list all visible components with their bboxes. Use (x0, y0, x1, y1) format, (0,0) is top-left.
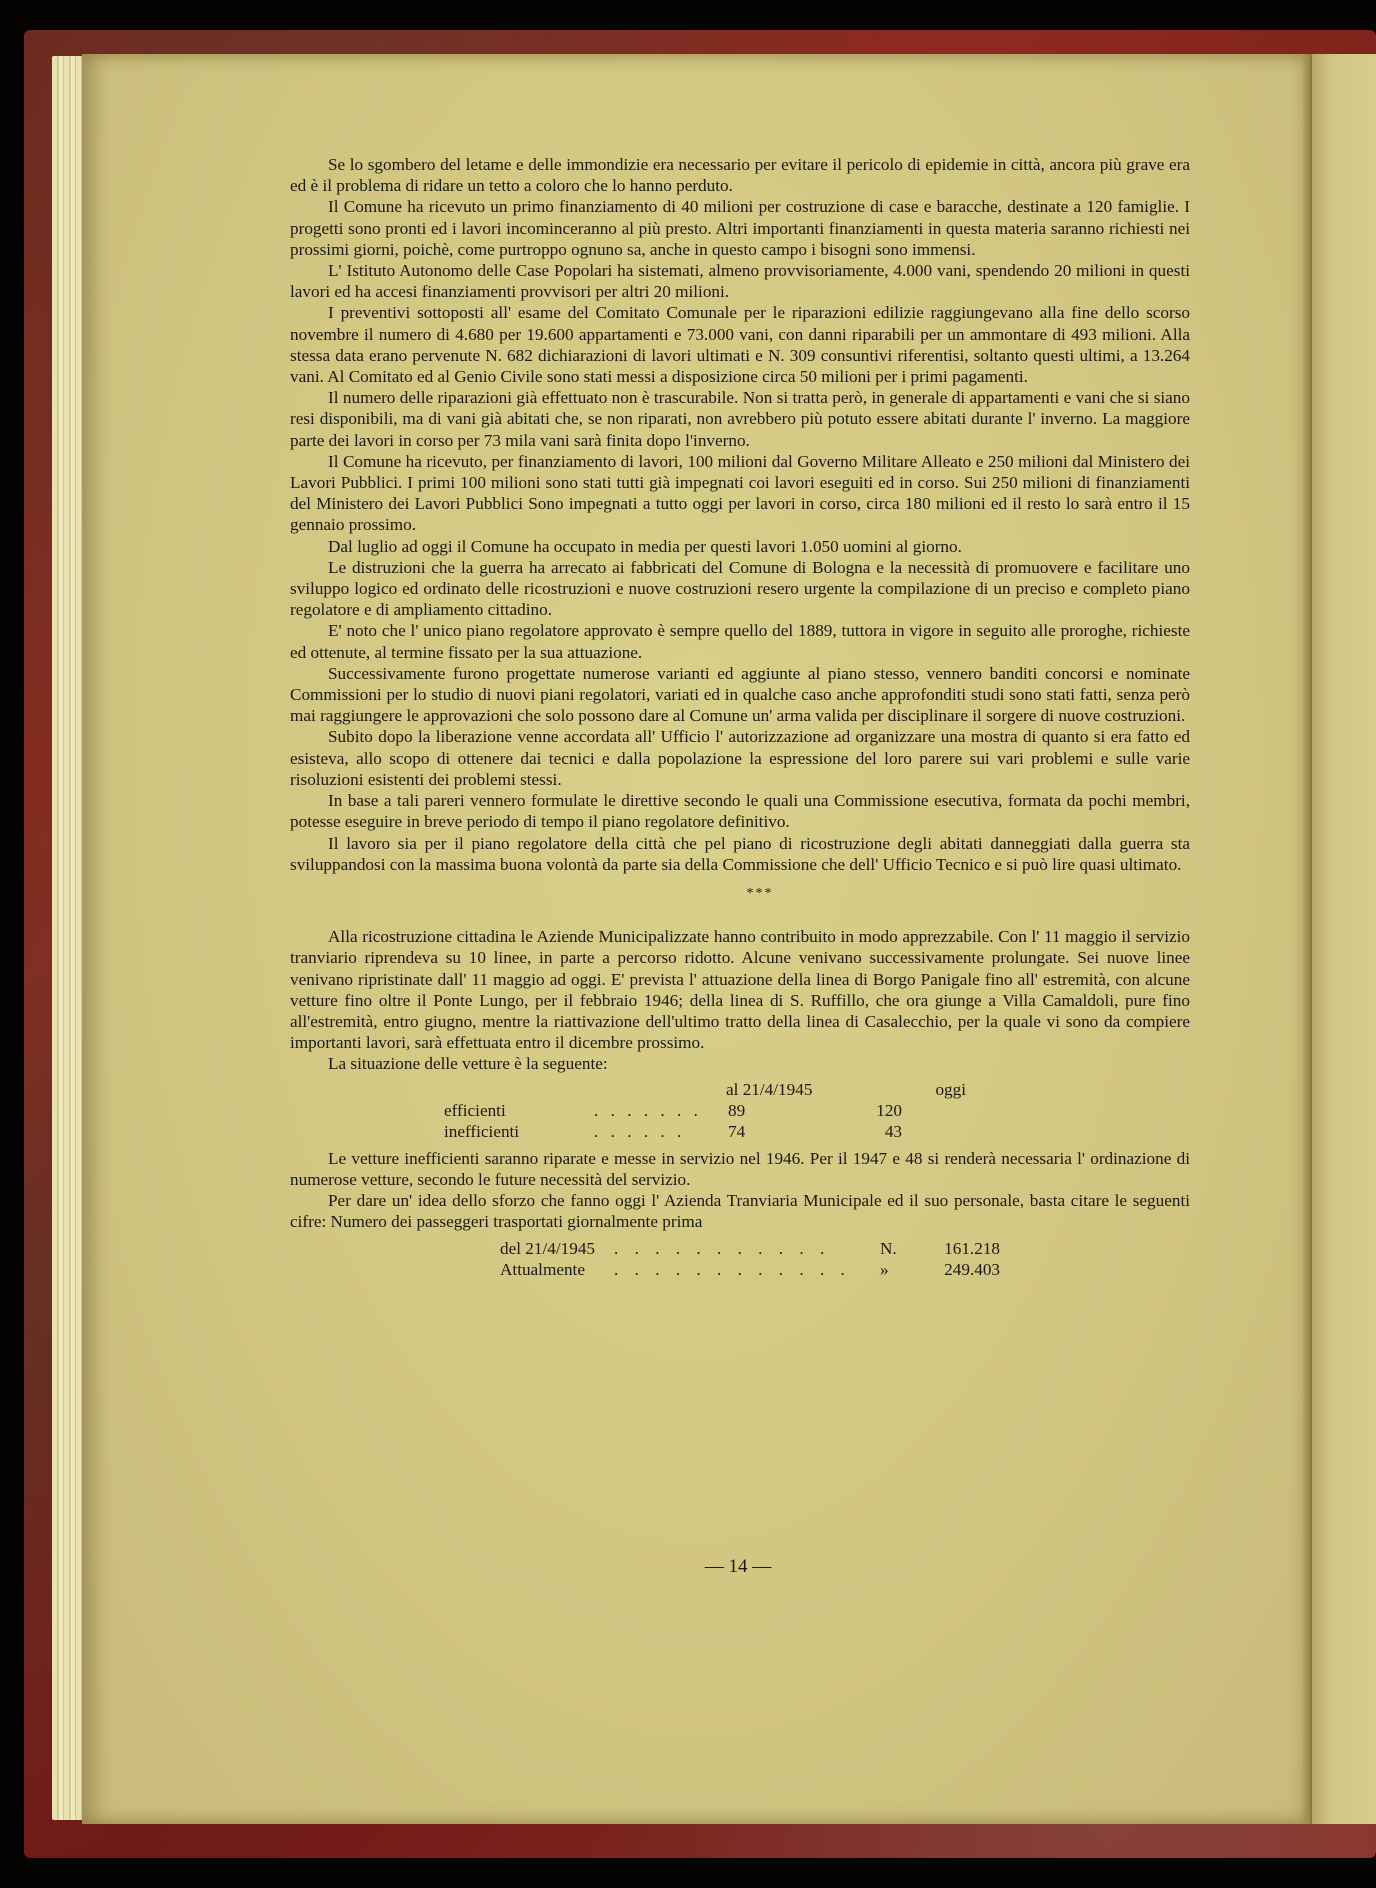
paragraph: Il Comune ha ricevuto, per finanziamento… (290, 451, 1190, 536)
column-header-date: al 21/4/1945 (726, 1079, 898, 1100)
vehicles-table-header: al 21/4/1945 oggi (290, 1079, 1190, 1100)
paragraph: Alla ricostruzione cittadina le Aziende … (290, 926, 1190, 1053)
passenger-count: 161.218 (920, 1238, 1000, 1259)
paragraph: In base a tali pareri vennero formulate … (290, 790, 1190, 832)
paragraph: Subito dopo la liberazione venne accorda… (290, 726, 1190, 790)
table-row: efficienti . . . . . . . 89 120 (290, 1100, 1190, 1121)
passenger-count: 249.403 (920, 1259, 1000, 1280)
page-number: — 14 — (0, 1556, 1376, 1578)
unit: N. (880, 1238, 920, 1259)
unit: » (880, 1259, 920, 1280)
paragraph: La situazione delle vetture è la seguent… (290, 1053, 1190, 1074)
leader-dots: . . . . . . . . . . . (614, 1238, 880, 1259)
paragraph: I preventivi sottoposti all' esame del C… (290, 302, 1190, 387)
vehicles-table: al 21/4/1945 oggi efficienti . . . . . .… (290, 1079, 1190, 1142)
row-label: Attualmente (500, 1259, 614, 1280)
leader-dots: . . . . . . . (594, 1100, 704, 1121)
table-row: del 21/4/1945 . . . . . . . . . . . N. 1… (290, 1238, 1190, 1259)
column-header-today: oggi (898, 1079, 966, 1100)
row-label: efficienti (444, 1100, 594, 1121)
paragraph: Successivamente furono progettate numero… (290, 663, 1190, 727)
paragraph: Se lo sgombero del letame e delle immond… (290, 154, 1190, 196)
section-separator: *** (290, 883, 1190, 904)
value-1945: 74 (704, 1121, 808, 1142)
paragraph: Dal luglio ad oggi il Comune ha occupato… (290, 536, 1190, 557)
paragraph: Il lavoro sia per il piano regolatore de… (290, 833, 1190, 875)
page-text: Se lo sgombero del letame e delle immond… (290, 154, 1190, 1280)
leader-dots: . . . . . . . . . . . . (614, 1259, 880, 1280)
value-today: 43 (808, 1121, 902, 1142)
paragraph: Il numero delle riparazioni già effettua… (290, 387, 1190, 451)
paragraph: Per dare un' idea dello sforzo che fanno… (290, 1190, 1190, 1232)
value-today: 120 (808, 1100, 902, 1121)
value-1945: 89 (704, 1100, 808, 1121)
paragraph: Le distruzioni che la guerra ha arrecato… (290, 557, 1190, 621)
paragraph: Le vetture inefficienti saranno riparate… (290, 1148, 1190, 1190)
table-row: inefficienti . . . . . . 74 43 (290, 1121, 1190, 1142)
paragraph: Il Comune ha ricevuto un primo finanziam… (290, 196, 1190, 260)
passengers-table: del 21/4/1945 . . . . . . . . . . . N. 1… (290, 1238, 1190, 1280)
paragraph: E' noto che l' unico piano regolatore ap… (290, 620, 1190, 662)
paragraph: L' Istituto Autonomo delle Case Popolari… (290, 260, 1190, 302)
row-label: del 21/4/1945 (500, 1238, 614, 1259)
row-label: inefficienti (444, 1121, 594, 1142)
leader-dots: . . . . . . (594, 1121, 704, 1142)
table-row: Attualmente . . . . . . . . . . . . » 24… (290, 1259, 1190, 1280)
